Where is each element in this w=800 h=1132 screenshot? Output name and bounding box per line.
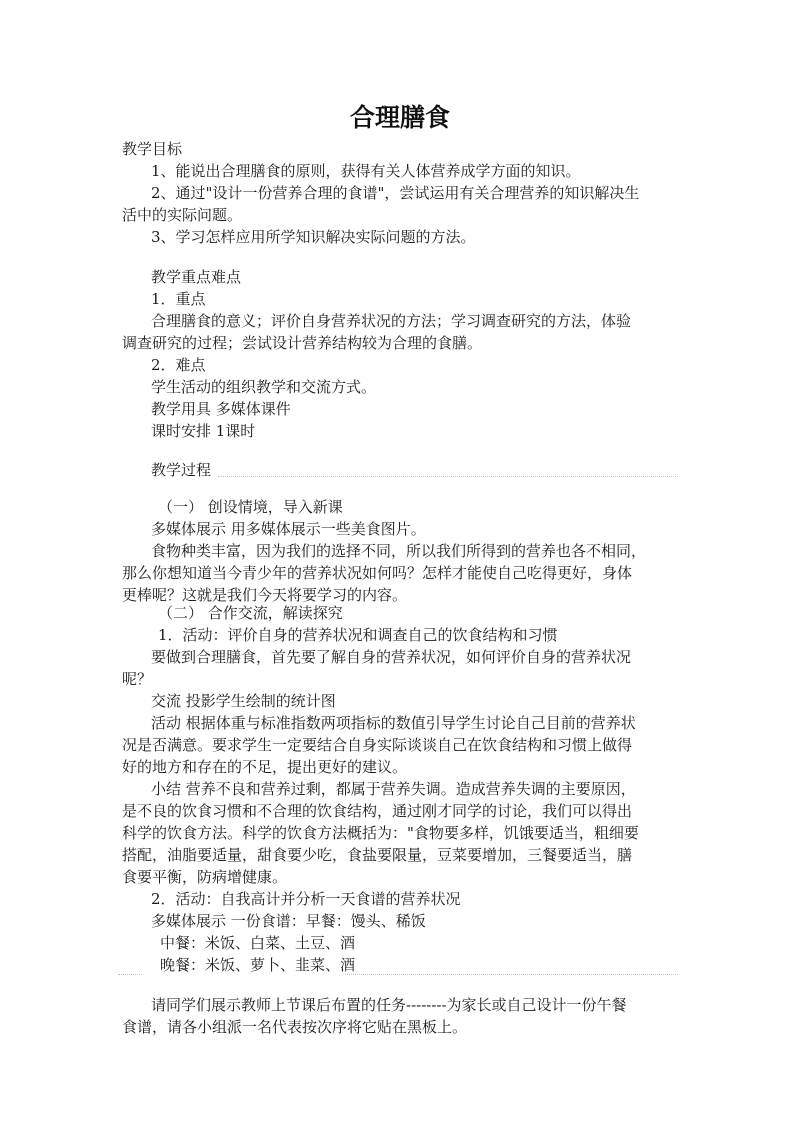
dotted-divider	[118, 974, 142, 975]
focus-label: 1．重点	[151, 288, 206, 310]
class-schedule: 课时安排 1课时	[151, 420, 255, 442]
document-title: 合理膳食	[0, 100, 800, 136]
difficulty-text: 学生活动的组织教学和交流方式。	[151, 376, 376, 398]
activity-text: 况是否满意。要求学生一定要结合自身实际谈谈自己在饮食结构和习惯上做得	[122, 734, 632, 756]
task-text: 食谱，请各小组派一名代表按次序将它贴在黑板上。	[122, 1016, 467, 1038]
part1-heading: （一） 创设情境，导入新课	[158, 496, 343, 518]
menu-breakfast: 多媒体展示 一份食谱：早餐：馒头、稀饭	[151, 910, 426, 932]
objective-item: 2、通过"设计一份营养合理的食谱"，尝试运用有关合理营养的知识解决生	[151, 182, 639, 204]
part2-heading: （二） 合作交流，解读探究	[158, 602, 343, 624]
objectives-heading: 教学目标	[122, 138, 182, 160]
menu-dinner: 晚餐：米饭、萝卜、韭菜、酒	[160, 954, 355, 976]
teaching-tools: 教学用具 多媒体课件	[151, 398, 291, 420]
summary-text: 搭配，油脂要适量，甜食要少吃，食盐要限量，豆菜要增加，三餐要适当，膳	[122, 844, 632, 866]
focus-text: 合理膳食的意义；评价自身营养状况的方法；学习调查研究的方法，体验	[151, 310, 631, 332]
objective-item: 3、学习怎样应用所学知识解决实际问题的方法。	[151, 226, 476, 248]
part2-text: 呢？	[122, 668, 152, 690]
focus-text-continued: 调查研究的过程；尝试设计营养结构较为合理的食膳。	[122, 332, 482, 354]
objective-item: 1、能说出合理膳食的原则，获得有关人体营养成学方面的知识。	[151, 160, 581, 182]
menu-lunch: 中餐：米饭、白菜、土豆、酒	[160, 932, 355, 954]
part1-media: 多媒体展示 用多媒体展示一些美食图片。	[151, 518, 426, 540]
task-text: 请同学们展示教师上节课后布置的任务--------为家长或自己设计一份午餐	[151, 994, 627, 1016]
difficulty-label: 2．难点	[151, 354, 206, 376]
activity1-heading: 1．活动：评价自身的营养状况和调查自己的饮食结构和习惯	[158, 624, 558, 646]
activity2-heading: 2．活动：自我高计并分析一天食谱的营养状况	[151, 888, 461, 910]
exchange-text: 交流 投影学生绘制的统计图	[151, 690, 336, 712]
key-points-heading: 教学重点难点	[151, 266, 241, 288]
part1-text: 那么你想知道当今青少年的营养状况如何吗？怎样才能使自己吃得更好，身体	[122, 562, 632, 584]
summary-text: 食要平衡，防病增健康。	[122, 866, 287, 888]
activity-text: 活动 根据体重与标准指数两项指标的数值引导学生讨论自己目前的营养状	[151, 712, 636, 734]
document-page: 合理膳食 教学目标 1、能说出合理膳食的原则，获得有关人体营养成学方面的知识。 …	[0, 0, 800, 1132]
dotted-divider	[218, 476, 678, 477]
part1-text: 食物种类丰富，因为我们的选择不同，所以我们所得到的营养也各不相同，	[151, 540, 646, 562]
process-heading: 教学过程	[151, 459, 211, 481]
summary-text: 小结 营养不良和营养过剩，都属于营养失调。造成营养失调的主要原因，	[151, 778, 636, 800]
objective-item-continued: 活中的实际问题。	[122, 204, 242, 226]
dotted-divider	[345, 974, 678, 975]
part2-text: 要做到合理膳食，首先要了解自身的营养状况，如何评价自身的营养状况	[151, 646, 631, 668]
activity-text: 好的地方和存在的不足，提出更好的建议。	[122, 756, 407, 778]
summary-text: 科学的饮食方法。科学的饮食方法概括为："食物要多样，饥饿要适当，粗细要	[122, 822, 639, 844]
summary-text: 是不良的饮食习惯和不合理的饮食结构，通过刚才同学的讨论，我们可以得出	[122, 800, 632, 822]
